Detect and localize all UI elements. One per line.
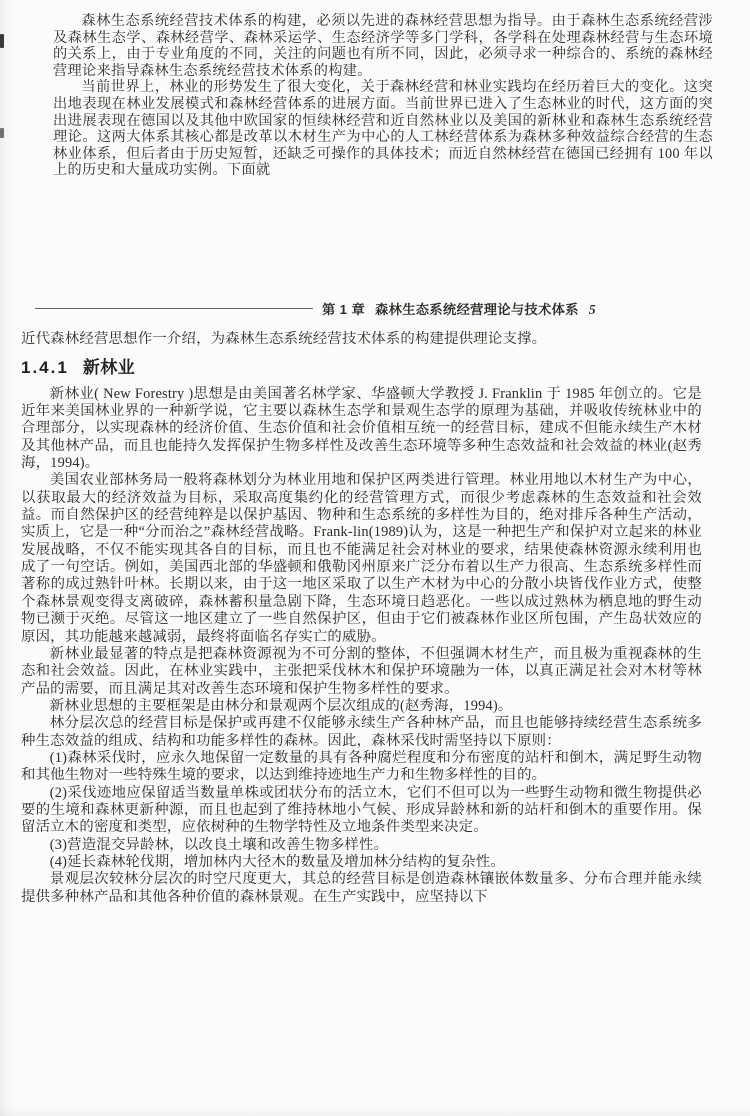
section-number: 1.4.1 [21, 358, 69, 377]
scan-artifact [0, 128, 4, 138]
scan-artifact [0, 34, 4, 48]
paragraph: 林分层次总的经营目标是保护或再建不仅能够永续生产各种林产品，而且也能够持续经营生… [21, 715, 702, 750]
running-header-text: 第 1 章森林生态系统经营理论与技术体系5 [322, 299, 596, 318]
header-rule [35, 308, 313, 309]
page-number: 5 [589, 302, 596, 317]
section-title: 新林业 [83, 358, 136, 377]
paragraph: 新林业( New Forestry )思想是由美国著名林学家、华盛顿大学教授 J… [21, 386, 702, 473]
paragraph: 森林生态系统经营技术体系的构建，必须以先进的森林经营思想为指导。由于森林生态系统… [53, 13, 713, 79]
paragraph: (4)延长森林轮伐期，增加林内大径木的数量及增加林分结构的复杂性。 [21, 854, 702, 871]
paragraph: (3)营造混交异龄林，以改良土壤和改善生物多样性。 [21, 837, 702, 854]
chapter-title: 森林生态系统经营理论与技术体系 [375, 302, 579, 317]
paragraph: 景观层次较林分层次的时空尺度更大，其总的经营目标是创造森林镶嵌体数量多、分布合理… [21, 871, 702, 906]
chapter-label: 第 1 章 [322, 302, 365, 317]
paragraph: 当前世界上，林业的形势发生了很大变化，关于森林经营和林业实践均在经历着巨大的变化… [53, 79, 713, 179]
paragraph: 新林业最显著的特点是把森林资源视为不可分割的整体，不但强调木材生产，而且极为重视… [21, 646, 702, 698]
section-paragraphs: 新林业( New Forestry )思想是由美国著名林学家、华盛顿大学教授 J… [21, 386, 702, 906]
paragraph: (2)采伐迹地应保留适当数量单株或团状分布的活立木，它们不但可以为一些野生动物和… [21, 785, 702, 837]
section-heading: 1.4.1新林业 [21, 359, 702, 376]
continuation-paragraph: 近代森林经营思想作一介绍，为森林生态系统经营技术体系的构建提供理论支撑。 [21, 331, 702, 348]
paragraph: 新林业思想的主要框架是由林分和景观两个层次组成的(赵秀海，1994)。 [21, 698, 702, 715]
page-body-text-block: 近代森林经营思想作一介绍，为森林生态系统经营技术体系的构建提供理论支撑。 1.4… [21, 331, 702, 906]
paragraph: 美国农业部林务局一般将森林划分为林业用地和保护区两类进行管理。林业用地以木材生产… [21, 472, 702, 645]
running-header: 第 1 章森林生态系统经营理论与技术体系5 [35, 299, 725, 317]
page-top-text-block: 森林生态系统经营技术体系的构建，必须以先进的森林经营思想为指导。由于森林生态系统… [53, 13, 713, 179]
paragraph: (1)森林采伐时，应永久地保留一定数量的具有各种腐烂程度和分布密度的站杆和倒木，… [21, 750, 702, 785]
